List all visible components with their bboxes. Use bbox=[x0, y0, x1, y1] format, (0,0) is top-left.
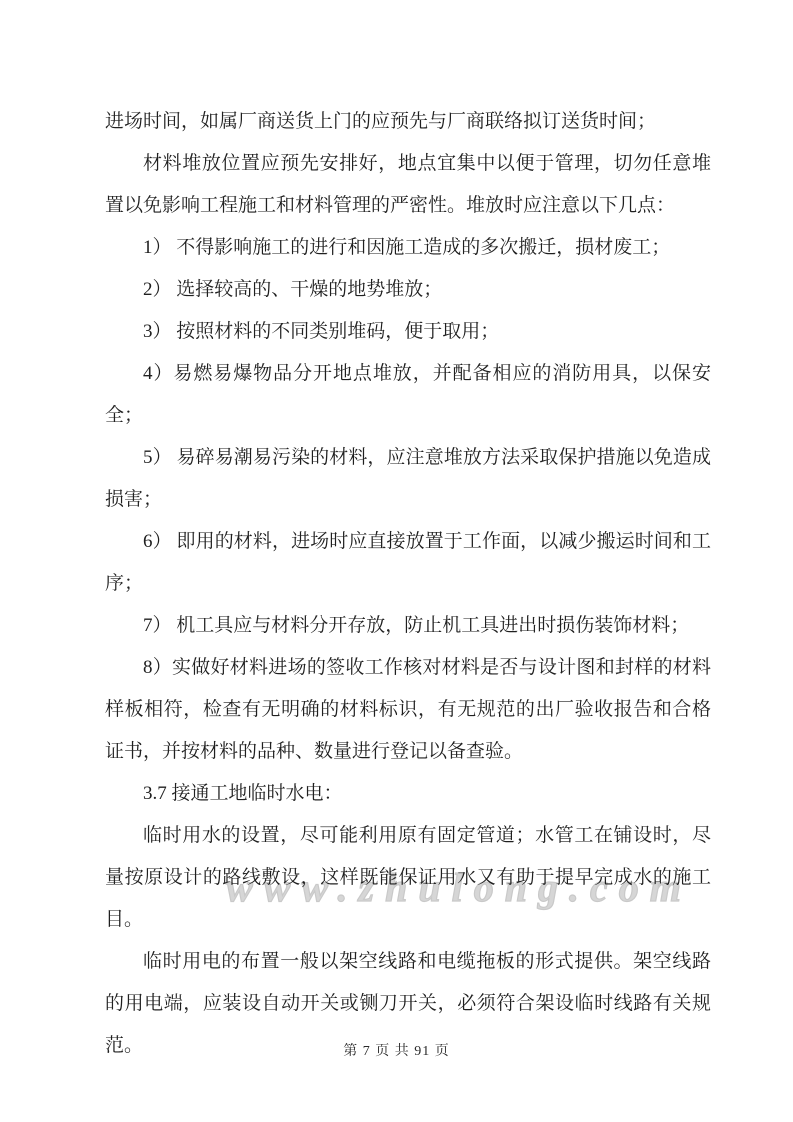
document-page: www.zhulong.com 进场时间，如属厂商送货上门的应预先与厂商联络拟订… bbox=[0, 0, 793, 1122]
section-heading: 3.7 接通工地临时水电： bbox=[105, 773, 711, 815]
list-item: 6） 即用的材料，进场时应直接放置于工作面，以减少搬运时间和工序； bbox=[105, 521, 711, 605]
paragraph: 材料堆放位置应预先安排好，地点宜集中以便于管理，切勿任意堆置以免影响工程施工和材… bbox=[105, 143, 711, 227]
list-item: 7） 机工具应与材料分开存放，防止机工具进出时损伤装饰材料； bbox=[105, 605, 711, 647]
paragraph: 临时用水的设置，尽可能利用原有固定管道；水管工在铺设时，尽量按原设计的路线敷设，… bbox=[105, 815, 711, 941]
list-item: 5） 易碎易潮易污染的材料，应注意堆放方法采取保护措施以免造成损害； bbox=[105, 437, 711, 521]
list-item: 3） 按照材料的不同类别堆码，便于取用； bbox=[105, 311, 711, 353]
list-item: 1） 不得影响施工的进行和因施工造成的多次搬迁，损材废工； bbox=[105, 227, 711, 269]
list-item: 4）易燃易爆物品分开地点堆放，并配备相应的消防用具，以保安全； bbox=[105, 353, 711, 437]
page-footer: 第 7 页 共 91 页 bbox=[0, 1040, 793, 1060]
list-item: 8）实做好材料进场的签收工作核对材料是否与设计图和封样的材料样板相符，检查有无明… bbox=[105, 647, 711, 773]
list-item: 2） 选择较高的、干燥的地势堆放； bbox=[105, 269, 711, 311]
page-number-label: 第 7 页 共 91 页 bbox=[343, 1044, 450, 1059]
paragraph: 进场时间，如属厂商送货上门的应预先与厂商联络拟订送货时间； bbox=[105, 101, 711, 143]
document-content: 进场时间，如属厂商送货上门的应预先与厂商联络拟订送货时间； 材料堆放位置应预先安… bbox=[105, 101, 711, 1067]
